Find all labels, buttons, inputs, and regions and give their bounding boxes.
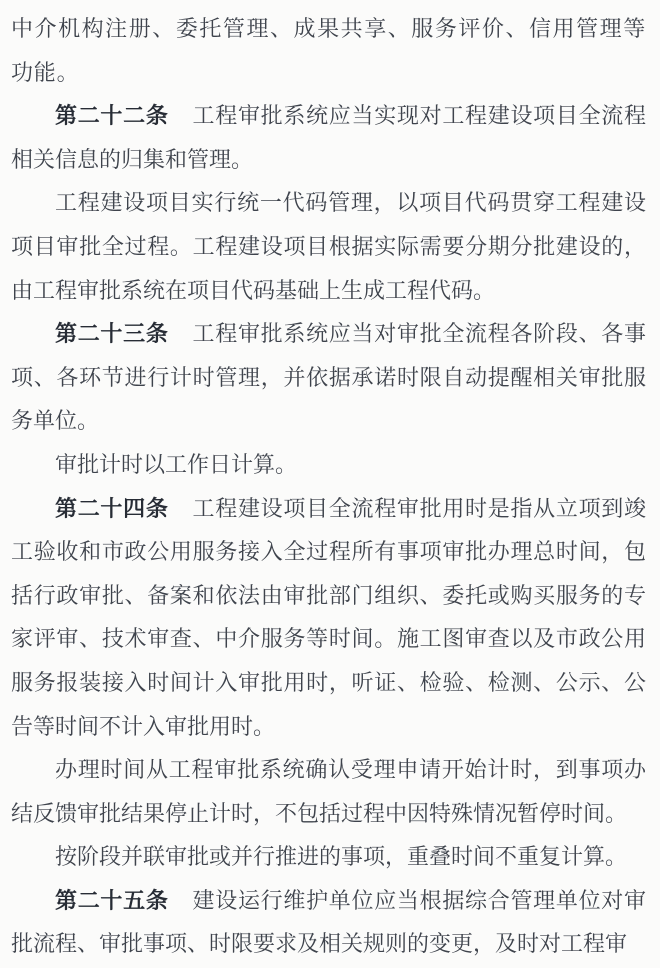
paragraph-text: 按阶段并联审批或并行推进的事项，重叠时间不重复计算。 [55, 844, 627, 869]
paragraph-text: 审批计时以工作日计算。 [55, 452, 297, 477]
paragraph-text: 中介机构注册、委托管理、成果共享、服务评价、信用管理等功能。 [11, 16, 646, 85]
document-page: 中介机构注册、委托管理、成果共享、服务评价、信用管理等功能。第二十二条工程审批系… [0, 0, 660, 968]
body-paragraph: 审批计时以工作日计算。 [11, 443, 646, 487]
article-number: 第二十四条 [55, 496, 169, 521]
article-number: 第二十五条 [55, 888, 169, 913]
article-paragraph: 第二十二条工程审批系统应当实现对工程建设项目全流程相关信息的归集和管理。 [11, 94, 646, 181]
document-body: 中介机构注册、委托管理、成果共享、服务评价、信用管理等功能。第二十二条工程审批系… [0, 0, 660, 968]
article-number: 第二十三条 [55, 321, 169, 346]
body-paragraph: 办理时间从工程审批系统确认受理申请开始计时，到事项办结反馈审批结果停止计时，不包… [11, 748, 646, 835]
article-paragraph: 第二十三条工程审批系统应当对审批全流程各阶段、各事项、各环节进行计时管理，并依据… [11, 312, 646, 443]
article-number: 第二十二条 [55, 103, 169, 128]
article-paragraph: 第二十四条工程建设项目全流程审批用时是指从立项到竣工验收和市政公用服务接入全过程… [11, 487, 646, 749]
paragraph-text: 工程建设项目全流程审批用时是指从立项到竣工验收和市政公用服务接入全过程所有事项审… [11, 496, 646, 739]
body-paragraph: 按阶段并联审批或并行推进的事项，重叠时间不重复计算。 [11, 835, 646, 879]
article-paragraph: 第二十五条建设运行维护单位应当根据综合管理单位对审批流程、审批事项、时限要求及相… [11, 879, 646, 966]
paragraph-text: 办理时间从工程审批系统确认受理申请开始计时，到事项办结反馈审批结果停止计时，不包… [11, 757, 646, 826]
paragraph-text: 工程建设项目实行统一代码管理，以项目代码贯穿工程建设项目审批全过程。工程建设项目… [11, 190, 646, 302]
body-paragraph: 工程建设项目实行统一代码管理，以项目代码贯穿工程建设项目审批全过程。工程建设项目… [11, 181, 646, 312]
body-paragraph: 中介机构注册、委托管理、成果共享、服务评价、信用管理等功能。 [11, 7, 646, 94]
